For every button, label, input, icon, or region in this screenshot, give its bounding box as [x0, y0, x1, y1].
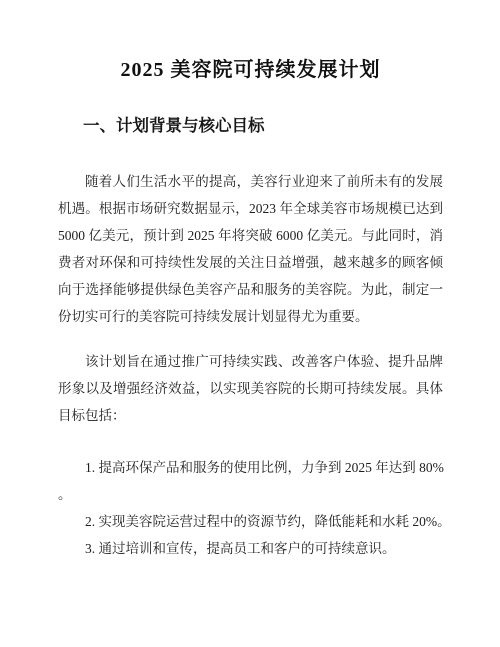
goal-1-text: 1. 提高环保产品和服务的使用比例，力争到 2025 年达到 80% — [58, 454, 443, 481]
goal-item-3: 3. 通过培训和宣传，提高员工和客户的可持续意识。 — [58, 535, 443, 562]
paragraph-objectives: 该计划旨在通过推广可持续实践、改善客户体验、提升品牌形象以及增强经济效益，以实现… — [58, 348, 443, 429]
paragraph-background: 随着人们生活水平的提高，美容行业迎来了前所未有的发展机遇。根据市场研究数据显示，… — [58, 168, 443, 330]
goal-list: 1. 提高环保产品和服务的使用比例，力争到 2025 年达到 80% 。 2. … — [58, 454, 443, 562]
document-page: 2025 美容院可持续发展计划 一、计划背景与核心目标 随着人们生活水平的提高，… — [0, 0, 500, 647]
goal-item-2: 2. 实现美容院运营过程中的资源节约，降低能耗和水耗 20%。 — [58, 508, 443, 535]
goal-3-text: 3. 通过培训和宣传，提高员工和客户的可持续意识。 — [58, 535, 443, 562]
goal-2-text: 2. 实现美容院运营过程中的资源节约，降低能耗和水耗 20%。 — [58, 508, 443, 535]
goal-1-wrapped-period: 。 — [58, 481, 443, 508]
goal-item-1: 1. 提高环保产品和服务的使用比例，力争到 2025 年达到 80% 。 — [58, 454, 443, 508]
document-title: 2025 美容院可持续发展计划 — [58, 0, 443, 84]
section-heading: 一、计划背景与核心目标 — [83, 114, 443, 138]
